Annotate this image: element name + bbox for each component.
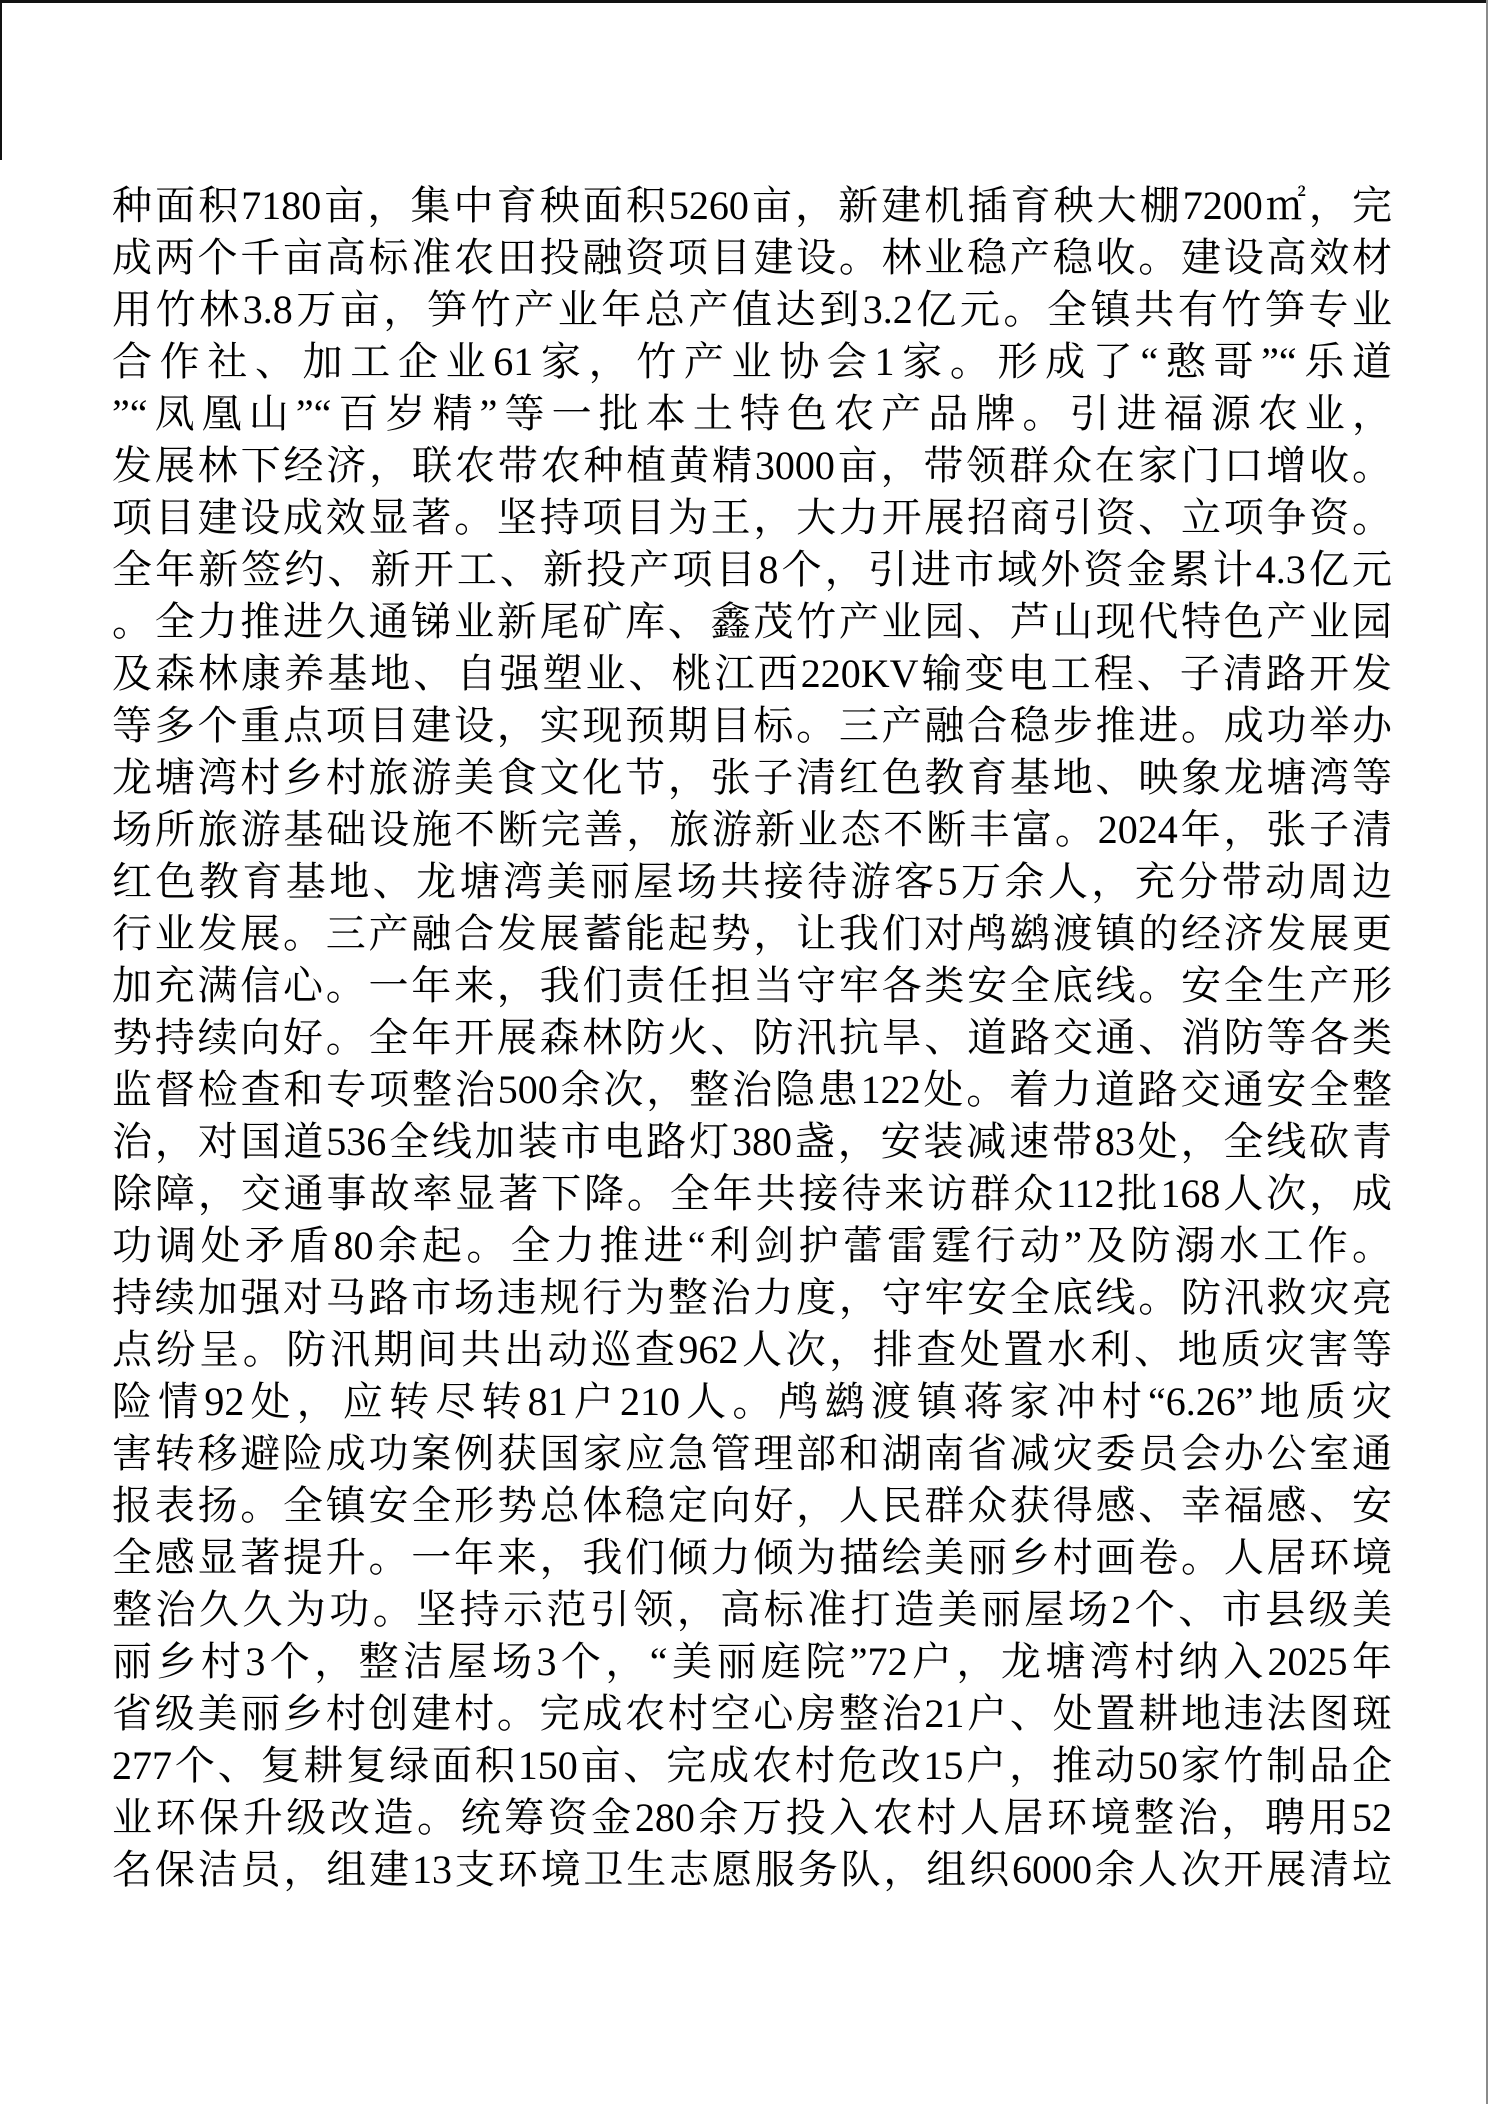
text-line: 发展林下经济，联农带农种植黄精3000亩，带领群众在家门口增收。 — [112, 440, 1392, 492]
text-line: 名保洁员，组建13支环境卫生志愿服务队，组织6000余人次开展清垃 — [112, 1844, 1392, 1896]
document-text-block: 种面积7180亩，集中育秧面积5260亩，新建机插育秧大棚7200㎡，完成两个千… — [112, 180, 1392, 1896]
text-line: 险情92处，应转尽转81户210人。鸬鹚渡镇蒋家冲村“6.26”地质灾 — [112, 1376, 1392, 1428]
text-line: 报表扬。全镇安全形势总体稳定向好，人民群众获得感、幸福感、安 — [112, 1480, 1392, 1532]
text-line: 种面积7180亩，集中育秧面积5260亩，新建机插育秧大棚7200㎡，完 — [112, 180, 1392, 232]
text-line: 场所旅游基础设施不断完善，旅游新业态不断丰富。2024年，张子清 — [112, 804, 1392, 856]
text-line: 丽乡村3个，整洁屋场3个，“美丽庭院”72户，龙塘湾村纳入2025年 — [112, 1636, 1392, 1688]
text-line: 全感显著提升。一年来，我们倾力倾为描绘美丽乡村画卷。人居环境 — [112, 1532, 1392, 1584]
text-line: 。全力推进久通锑业新尾矿库、鑫茂竹产业园、芦山现代特色产业园 — [112, 596, 1392, 648]
text-line: 点纷呈。防汛期间共出动巡查962人次，排查处置水利、地质灾害等 — [112, 1324, 1392, 1376]
document-page: 种面积7180亩，集中育秧面积5260亩，新建机插育秧大棚7200㎡，完成两个千… — [0, 0, 1488, 2104]
text-line: 整治久久为功。坚持示范引领，高标准打造美丽屋场2个、市县级美 — [112, 1584, 1392, 1636]
text-line: 省级美丽乡村创建村。完成农村空心房整治21户、处置耕地违法图斑 — [112, 1688, 1392, 1740]
text-line: 势持续向好。全年开展森林防火、防汛抗旱、道路交通、消防等各类 — [112, 1012, 1392, 1064]
text-line: 龙塘湾村乡村旅游美食文化节，张子清红色教育基地、映象龙塘湾等 — [112, 752, 1392, 804]
text-line: 项目建设成效显著。坚持项目为王，大力开展招商引资、立项争资。 — [112, 492, 1392, 544]
text-line: 治，对国道536全线加装市电路灯380盏，安装减速带83处，全线砍青 — [112, 1116, 1392, 1168]
text-line: 等多个重点项目建设，实现预期目标。三产融合稳步推进。成功举办 — [112, 700, 1392, 752]
text-line: 除障，交通事故率显著下降。全年共接待来访群众112批168人次，成 — [112, 1168, 1392, 1220]
text-line: 277个、复耕复绿面积150亩、完成农村危改15户，推动50家竹制品企 — [112, 1740, 1392, 1792]
page-left-edge — [0, 0, 2, 160]
text-line: 功调处矛盾80余起。全力推进“利剑护蕾雷霆行动”及防溺水工作。 — [112, 1220, 1392, 1272]
text-line: 红色教育基地、龙塘湾美丽屋场共接待游客5万余人，充分带动周边 — [112, 856, 1392, 908]
text-line: 持续加强对马路市场违规行为整治力度，守牢安全底线。防汛救灾亮 — [112, 1272, 1392, 1324]
text-line: 加充满信心。一年来，我们责任担当守牢各类安全底线。安全生产形 — [112, 960, 1392, 1012]
text-line: 用竹林3.8万亩，笋竹产业年总产值达到3.2亿元。全镇共有竹笋专业 — [112, 284, 1392, 336]
text-line: 监督检查和专项整治500余次，整治隐患122处。着力道路交通安全整 — [112, 1064, 1392, 1116]
text-line: 成两个千亩高标准农田投融资项目建设。林业稳产稳收。建设高效材 — [112, 232, 1392, 284]
text-line: 业环保升级改造。统筹资金280余万投入农村人居环境整治，聘用52 — [112, 1792, 1392, 1844]
text-line: 合作社、加工企业61家，竹产业协会1家。形成了“憨哥”“乐道 — [112, 336, 1392, 388]
text-line: 行业发展。三产融合发展蓄能起势，让我们对鸬鹚渡镇的经济发展更 — [112, 908, 1392, 960]
text-line: 全年新签约、新开工、新投产项目8个，引进市域外资金累计4.3亿元 — [112, 544, 1392, 596]
text-line: 害转移避险成功案例获国家应急管理部和湖南省减灾委员会办公室通 — [112, 1428, 1392, 1480]
text-line: 及森林康养基地、自强塑业、桃江西220KV输变电工程、子清路开发 — [112, 648, 1392, 700]
text-line: ”“凤凰山”“百岁精”等一批本土特色农产品牌。引进福源农业， — [112, 388, 1392, 440]
page-top-edge — [0, 0, 1488, 3]
